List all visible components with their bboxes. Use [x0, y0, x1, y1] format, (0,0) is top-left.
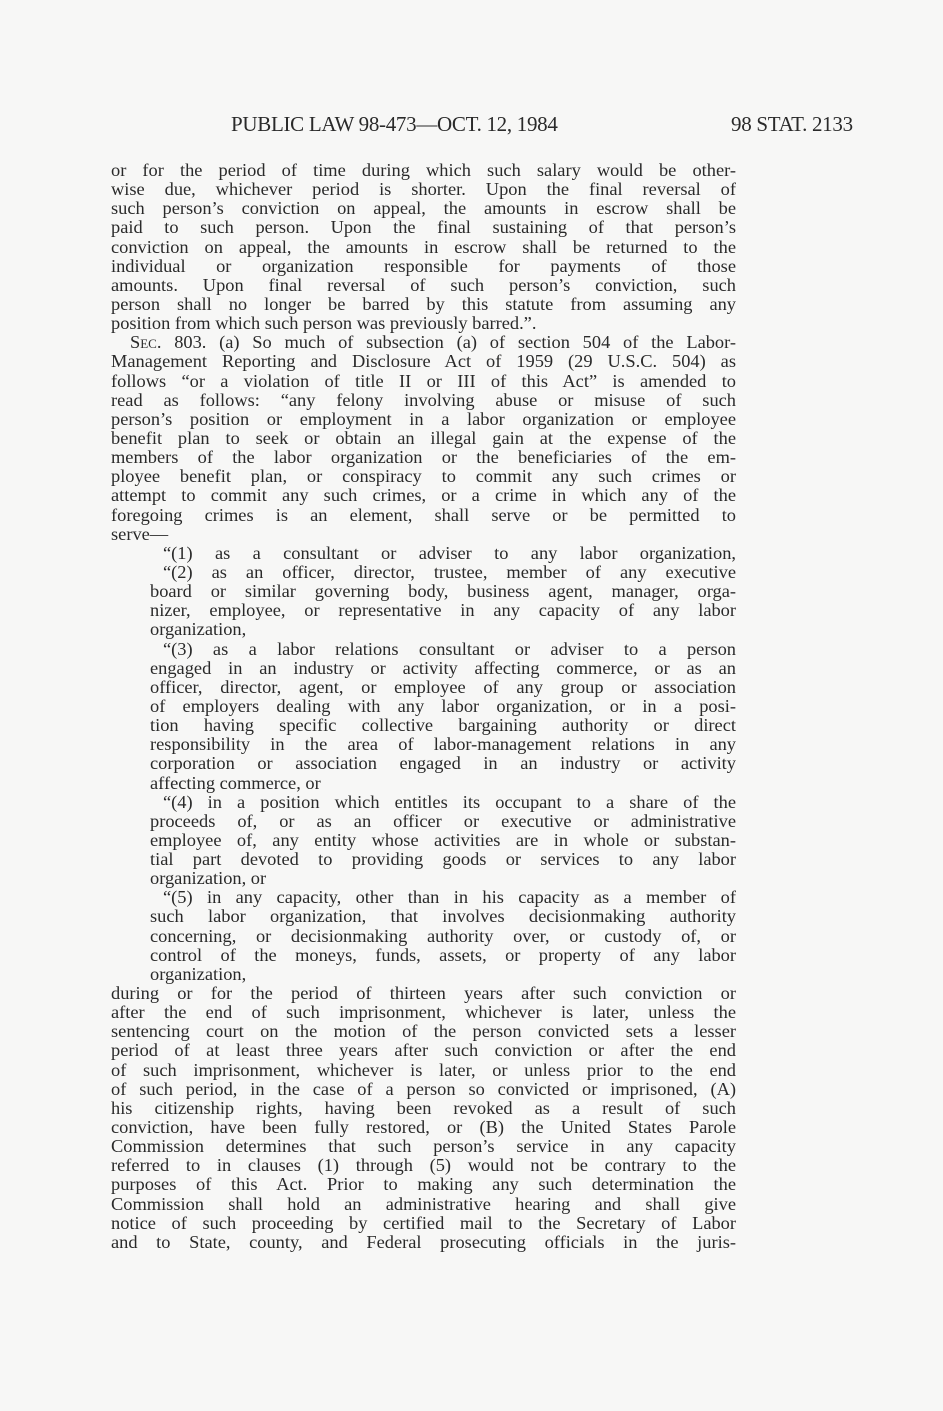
text-line: during or for the period of thirteen yea…: [111, 984, 736, 1003]
text-line: responsibility in the area of labor-mana…: [111, 735, 736, 754]
text-line: paid to such person. Upon the final sust…: [111, 218, 736, 237]
text-line: such person’s conviction on appeal, the …: [111, 199, 736, 218]
statute-page-citation: 98 STAT. 2133: [731, 112, 853, 137]
text-line: amounts. Upon final reversal of such per…: [111, 276, 736, 295]
page-header: PUBLIC LAW 98-473—OCT. 12, 1984 98 STAT.…: [0, 112, 943, 142]
text-line: read as follows: “any felony involving a…: [111, 391, 736, 410]
text-line: follows “or a violation of title II or I…: [111, 372, 736, 391]
section-heading-line: Sec. 803. (a) So much of subsection (a) …: [111, 333, 736, 352]
running-head-title: PUBLIC LAW 98-473—OCT. 12, 1984: [231, 112, 558, 137]
text-line: conviction on appeal, the amounts in esc…: [111, 238, 736, 257]
text-line: of such period, in the case of a person …: [111, 1080, 736, 1099]
text-line: “(1) as a consultant or adviser to any l…: [111, 544, 736, 563]
text-line: “(5) in any capacity, other than in his …: [111, 888, 736, 907]
text-line: of such imprisonment, whichever is later…: [111, 1061, 736, 1080]
text-line: tial part devoted to providing goods or …: [111, 850, 736, 869]
text-line: corporation or association engaged in an…: [111, 754, 736, 773]
text-line: employee of, any entity whose activities…: [111, 831, 736, 850]
text-line: “(4) in a position which entitles its oc…: [111, 793, 736, 812]
text-line: such labor organization, that involves d…: [111, 907, 736, 926]
text-line: board or similar governing body, busines…: [111, 582, 736, 601]
text-line: his citizenship rights, having been revo…: [111, 1099, 736, 1118]
text-line: individual or organization responsible f…: [111, 257, 736, 276]
text-line: or for the period of time during which s…: [111, 161, 736, 180]
text-line: nizer, employee, or representative in an…: [111, 601, 736, 620]
text-line: person’s position or employment in a lab…: [111, 410, 736, 429]
text-line: referred to in clauses (1) through (5) w…: [111, 1156, 736, 1175]
text-line: and to State, county, and Federal prosec…: [111, 1233, 736, 1252]
text-line: wise due, whichever period is shorter. U…: [111, 180, 736, 199]
text-line: affecting commerce, or: [111, 774, 736, 793]
text-line: Commission shall hold an administrative …: [111, 1195, 736, 1214]
text-line: engaged in an industry or activity affec…: [111, 659, 736, 678]
text-line: tion having specific collective bargaini…: [111, 716, 736, 735]
text-line: purposes of this Act. Prior to making an…: [111, 1175, 736, 1194]
text-line: organization,: [111, 620, 736, 639]
text-line: foregoing crimes is an element, shall se…: [111, 506, 736, 525]
text-line: Management Reporting and Disclosure Act …: [111, 352, 736, 371]
text-line: after the end of such imprisonment, whic…: [111, 1003, 736, 1022]
text-line: concerning, or decisionmaking authority …: [111, 927, 736, 946]
text-line: Commission determines that such person’s…: [111, 1137, 736, 1156]
text-line: proceeds of, or as an officer or executi…: [111, 812, 736, 831]
text-line: control of the moneys, funds, assets, or…: [111, 946, 736, 965]
statute-body-text: or for the period of time during which s…: [111, 161, 736, 1252]
text-line: “(3) as a labor relations consultant or …: [111, 640, 736, 659]
text-line: period of at least three years after suc…: [111, 1041, 736, 1060]
text-line: members of the labor organization or the…: [111, 448, 736, 467]
text-line: “(2) as an officer, director, trustee, m…: [111, 563, 736, 582]
text-line: organization, or: [111, 869, 736, 888]
text-line: ployee benefit plan, or conspiracy to co…: [111, 467, 736, 486]
text-line: organization,: [111, 965, 736, 984]
text-line: officer, director, agent, or employee of…: [111, 678, 736, 697]
text-line: of employers dealing with any labor orga…: [111, 697, 736, 716]
text-line: serve—: [111, 525, 736, 544]
section-label: Sec.: [130, 332, 161, 352]
text-line: benefit plan to seek or obtain an illega…: [111, 429, 736, 448]
text-line: person shall no longer be barred by this…: [111, 295, 736, 314]
text-line: sentencing court on the motion of the pe…: [111, 1022, 736, 1041]
text-line: notice of such proceeding by certified m…: [111, 1214, 736, 1233]
text-line: position from which such person was prev…: [111, 314, 736, 333]
text-line: attempt to commit any such crimes, or a …: [111, 486, 736, 505]
text-line: conviction, have been fully restored, or…: [111, 1118, 736, 1137]
